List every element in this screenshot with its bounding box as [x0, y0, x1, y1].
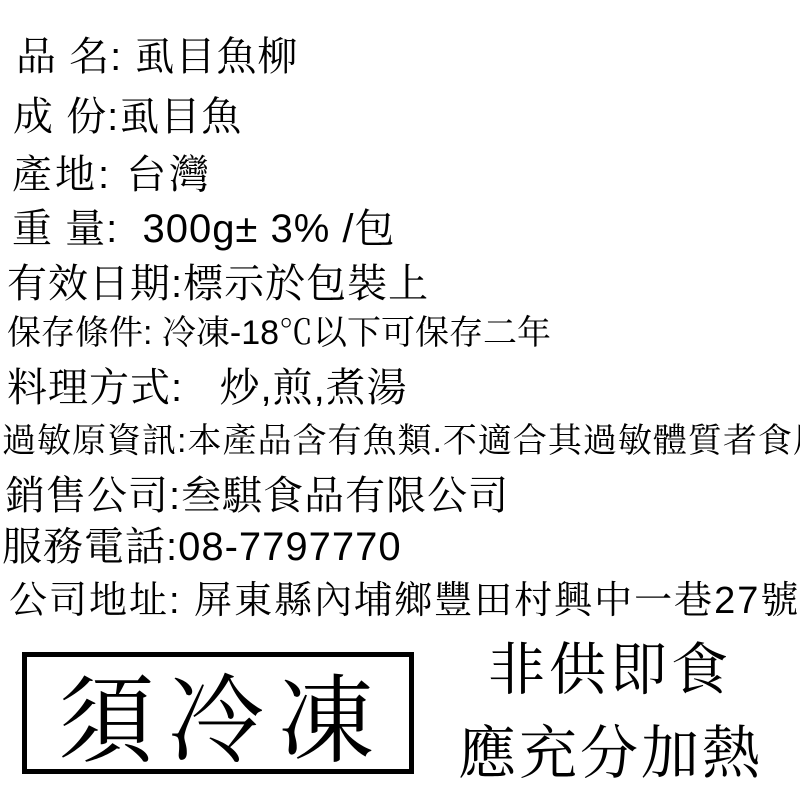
- service-phone-row: 服務電話:08-7797770: [2, 526, 402, 568]
- must-keep-frozen-stamp: 須冷凍: [22, 652, 414, 774]
- food-label: 品 名: 虱目魚柳 成 份:虱目魚 產地: 台灣 重 量: 300g± 3% /…: [0, 0, 800, 800]
- product-name-row: 品 名: 虱目魚柳: [16, 36, 298, 78]
- storage-condition-row: 保存條件: 冷凍-18℃以下可保存二年: [7, 316, 551, 352]
- seller-company-row: 銷售公司:叁騏食品有限公司: [5, 475, 509, 517]
- heat-thoroughly-warning: 應充分加熱: [418, 706, 800, 790]
- cooking-method-row: 料理方式: 炒,煎,煮湯: [7, 367, 408, 409]
- allergen-info-row: 過敏原資訊:本產品含有魚類.不適合其過敏體質者食用: [2, 424, 800, 460]
- origin-row: 產地: 台灣: [12, 154, 212, 196]
- not-ready-to-eat-warning: 非供即食: [420, 624, 800, 706]
- ingredients-row: 成 份:虱目魚: [13, 96, 242, 138]
- expiry-date-row: 有效日期:標示於包裝上: [7, 263, 429, 305]
- weight-row: 重 量: 300g± 3% /包: [12, 208, 396, 250]
- company-address-row: 公司地址: 屏東縣內埔鄉豐田村興中一巷27號: [9, 582, 800, 622]
